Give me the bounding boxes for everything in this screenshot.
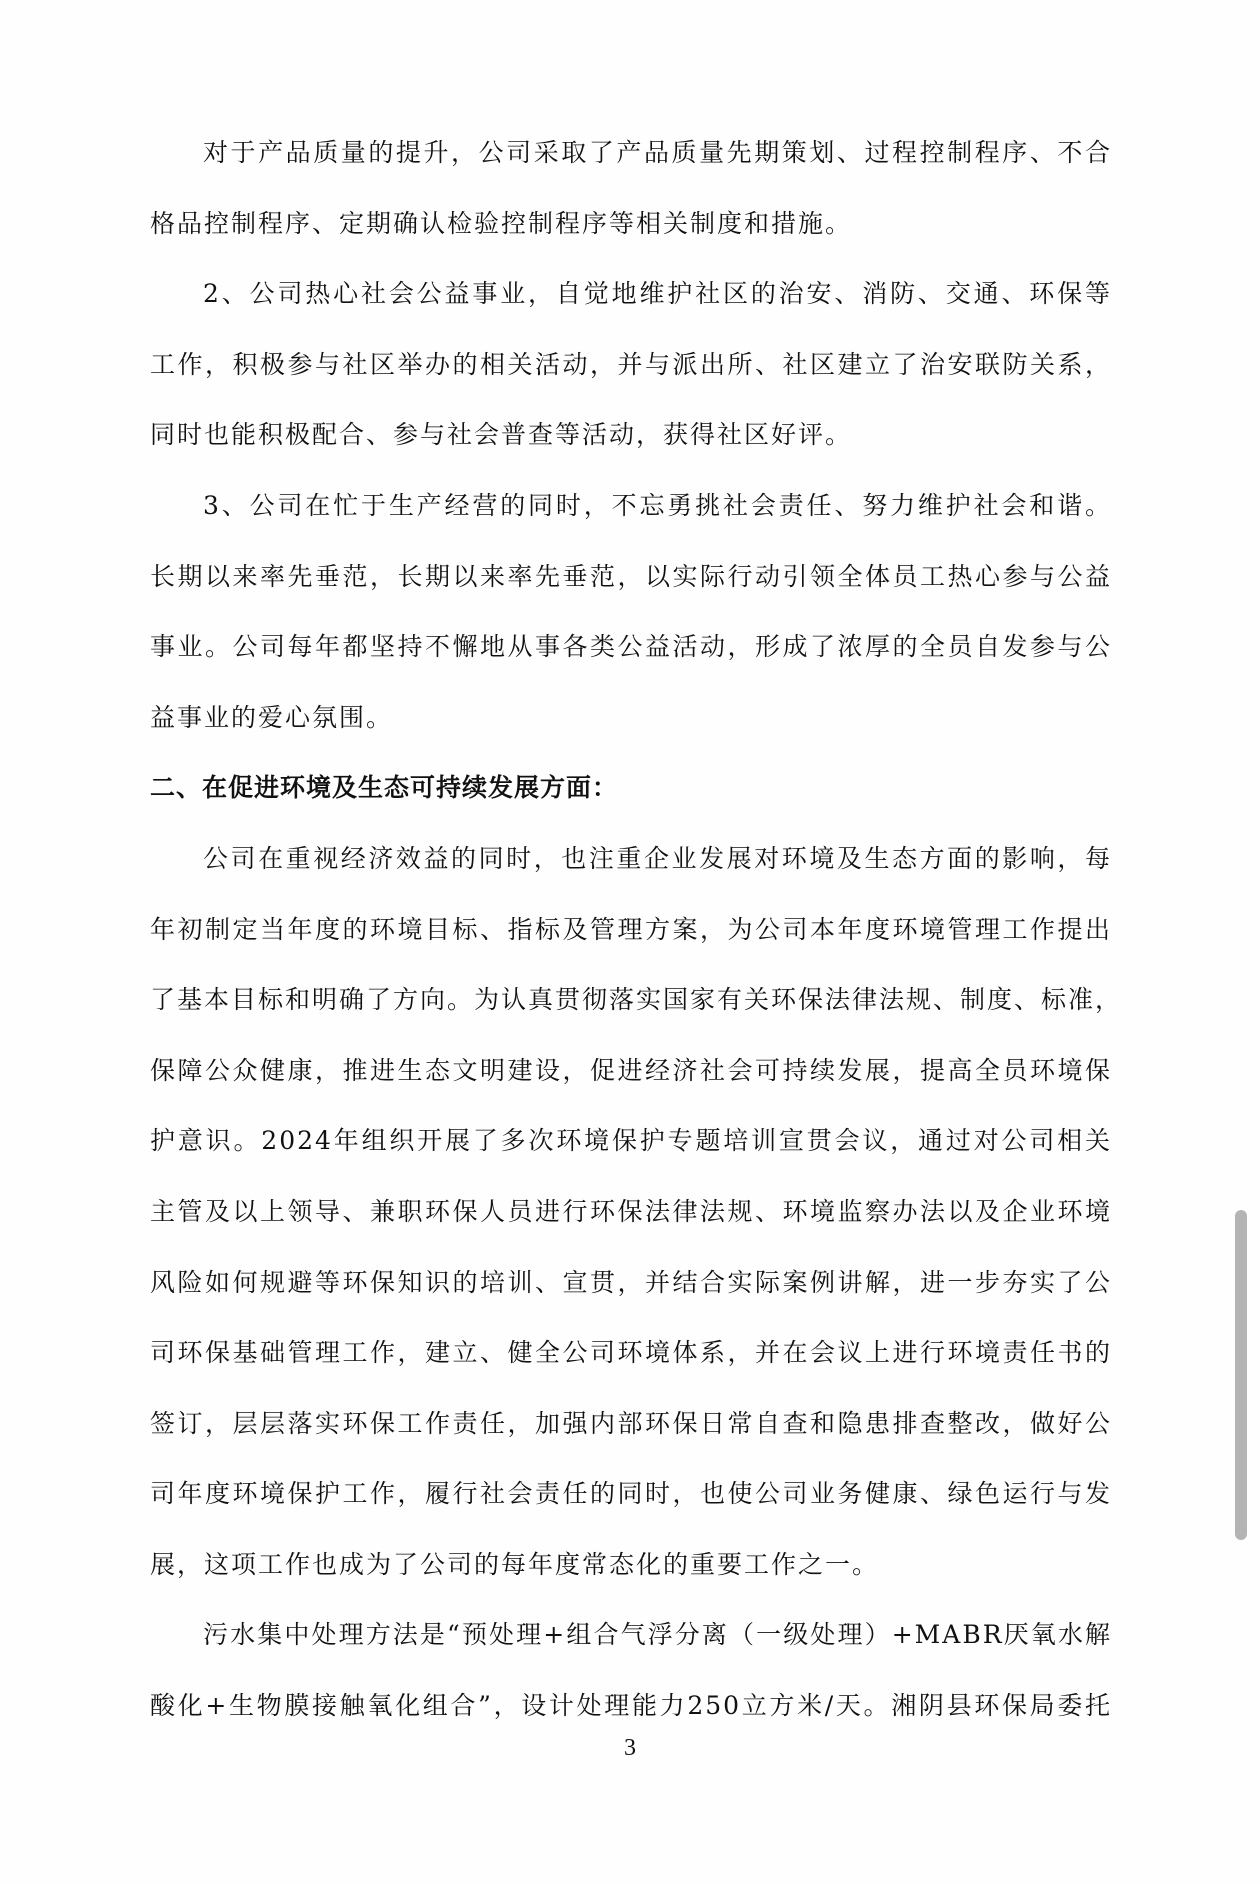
paragraph-line: 司年度环境保护工作，履行社会责任的同时，也使公司业务健康、绿色运行与发 — [150, 1459, 1112, 1530]
paragraph-line: 年初制定当年度的环境目标、指标及管理方案，为公司本年度环境管理工作提出 — [150, 895, 1112, 966]
vertical-scrollbar-thumb[interactable] — [1235, 1210, 1247, 1540]
paragraph-line: 益事业的爱心氛围。 — [150, 683, 1112, 754]
paragraph-line: 3、公司在忙于生产经营的同时，不忘勇挑社会责任、努力维护社会和谐。 — [150, 471, 1112, 542]
paragraph-line: 同时也能积极配合、参与社会普查等活动，获得社区好评。 — [150, 400, 1112, 471]
section-heading: 二、在促进环境及生态可持续发展方面： — [150, 753, 1112, 824]
paragraph-line: 格品控制程序、定期确认检验控制程序等相关制度和措施。 — [150, 189, 1112, 260]
paragraph-line: 对于产品质量的提升，公司采取了产品质量先期策划、过程控制程序、不合 — [150, 118, 1112, 189]
paragraph-line: 主管及以上领导、兼职环保人员进行环保法律法规、环境监察办法以及企业环境 — [150, 1177, 1112, 1248]
paragraph-line: 保障公众健康，推进生态文明建设，促进经济社会可持续发展，提高全员环境保 — [150, 1036, 1112, 1107]
paragraph-line: 展，这项工作也成为了公司的每年度常态化的重要工作之一。 — [150, 1530, 1112, 1601]
document-page: 对于产品质量的提升，公司采取了产品质量先期策划、过程控制程序、不合 格品控制程序… — [0, 0, 1260, 1884]
paragraph-line: 事业。公司每年都坚持不懈地从事各类公益活动，形成了浓厚的全员自发参与公 — [150, 612, 1112, 683]
paragraph-line: 风险如何规避等环保知识的培训、宣贯，并结合实际案例讲解，进一步夯实了公 — [150, 1248, 1112, 1319]
paragraph-line: 公司在重视经济效益的同时，也注重企业发展对环境及生态方面的影响，每 — [150, 824, 1112, 895]
document-body: 对于产品质量的提升，公司采取了产品质量先期策划、过程控制程序、不合 格品控制程序… — [150, 118, 1112, 1742]
paragraph-line: 酸化+生物膜接触氧化组合”，设计处理能力250立方米/天。湘阴县环保局委托 — [150, 1671, 1112, 1742]
paragraph-line: 护意识。2024年组织开展了多次环境保护专题培训宣贯会议，通过对公司相关 — [150, 1106, 1112, 1177]
paragraph-line: 工作，积极参与社区举办的相关活动，并与派出所、社区建立了治安联防关系， — [150, 330, 1112, 401]
paragraph-line: 污水集中处理方法是“预处理+组合气浮分离（一级处理）+MABR厌氧水解 — [150, 1600, 1112, 1671]
paragraph-line: 签订，层层落实环保工作责任，加强内部环保日常自查和隐患排查整改，做好公 — [150, 1389, 1112, 1460]
paragraph-line: 长期以来率先垂范，长期以来率先垂范，以实际行动引领全体员工热心参与公益 — [150, 542, 1112, 613]
page-number: 3 — [0, 1733, 1260, 1763]
paragraph-line: 司环保基础管理工作，建立、健全公司环境体系，并在会议上进行环境责任书的 — [150, 1318, 1112, 1389]
paragraph-line: 了基本目标和明确了方向。为认真贯彻落实国家有关环保法律法规、制度、标准， — [150, 965, 1112, 1036]
paragraph-line: 2、公司热心社会公益事业，自觉地维护社区的治安、消防、交通、环保等 — [150, 259, 1112, 330]
